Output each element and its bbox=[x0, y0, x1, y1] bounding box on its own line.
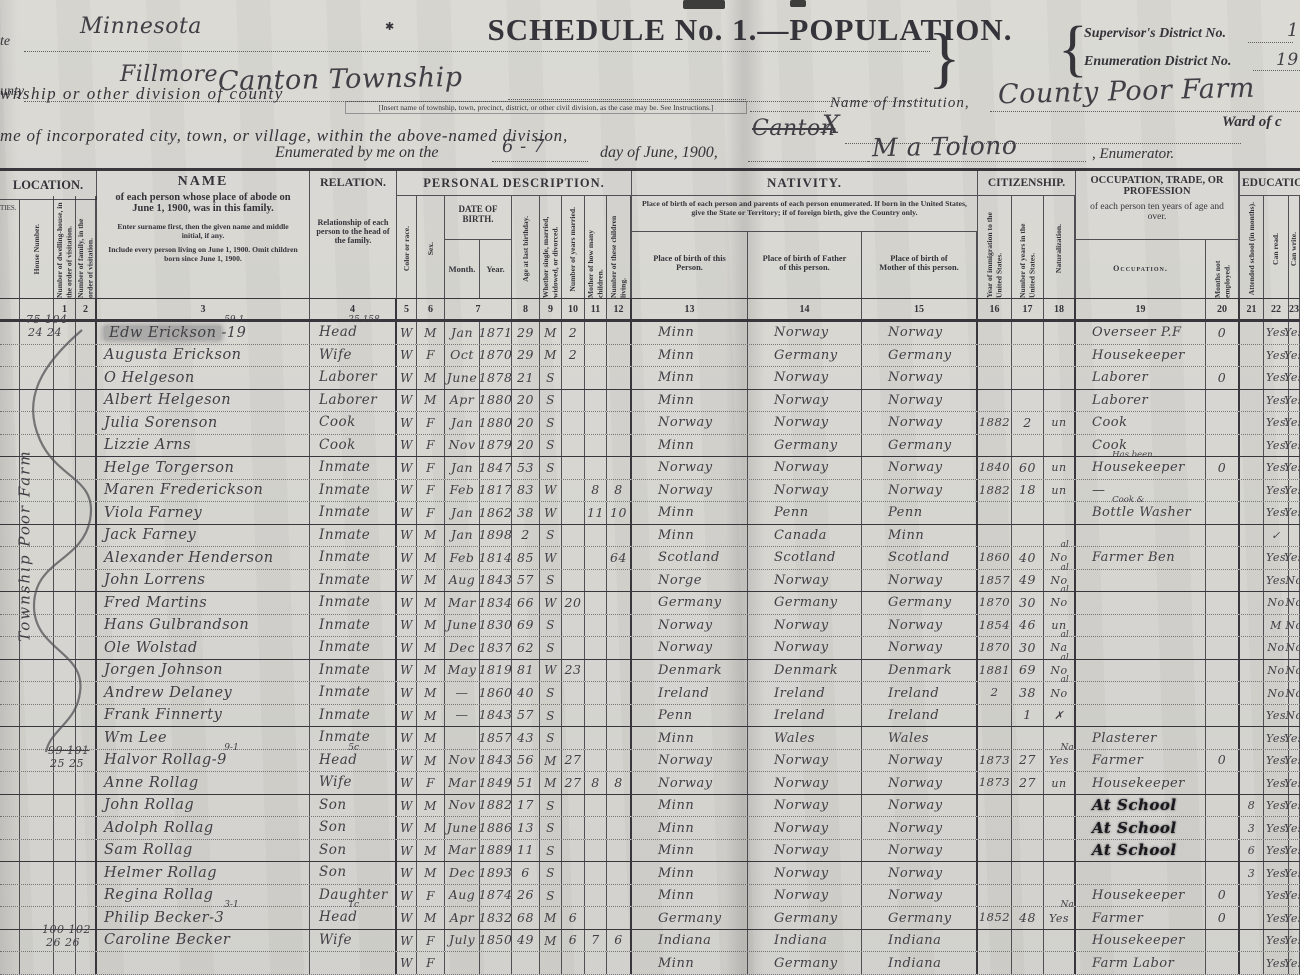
cell-im-row1 bbox=[978, 322, 1012, 344]
cell-st-row27 bbox=[0, 907, 20, 929]
cell-sx-row1: M bbox=[417, 322, 445, 344]
cell-mo-row9: Jan bbox=[445, 502, 480, 524]
cell-fa-row25 bbox=[76, 862, 97, 884]
cell-sx-row9: F bbox=[417, 502, 445, 524]
cell-oc-row26: Housekeeper bbox=[1076, 885, 1206, 907]
cell-yu-row1 bbox=[1012, 322, 1044, 344]
cell-rel-row4: Laborer bbox=[310, 390, 397, 412]
cell-im-row9 bbox=[978, 502, 1012, 524]
cell-oc-row16 bbox=[1076, 660, 1206, 682]
cell-pb-row13: Germany bbox=[632, 592, 748, 614]
cell-sc-row15 bbox=[1240, 637, 1264, 659]
cell-st-row1 bbox=[0, 322, 20, 344]
cell-pm-row4: Norway bbox=[862, 390, 978, 412]
cell-pf-row14: Norway bbox=[748, 615, 862, 637]
cell-mc-row15 bbox=[585, 637, 607, 659]
cell-mn-row9 bbox=[1206, 502, 1240, 524]
cell-ag-row24: 11 bbox=[512, 840, 540, 862]
cell-n-row6: Lizzie Arns bbox=[97, 435, 310, 457]
cell-mo-row10: Jan bbox=[445, 525, 480, 547]
cell-sc-row7 bbox=[1240, 457, 1264, 479]
cell-im-row7: 1840 bbox=[978, 457, 1012, 479]
cell-wr-row4: Yes bbox=[1289, 390, 1300, 412]
cell-fa-row17 bbox=[76, 682, 97, 704]
cell-co-row21: W bbox=[397, 772, 417, 794]
cell-sc-row6 bbox=[1240, 435, 1264, 457]
cell-yu-row27: 48 bbox=[1012, 907, 1044, 929]
cell-sx-row6: F bbox=[417, 435, 445, 457]
cell-yu-row20: 27 bbox=[1012, 750, 1044, 772]
cell-rel-row27: 1cHead bbox=[310, 907, 397, 929]
cell-mo-row12: Aug bbox=[445, 570, 480, 592]
cell-fa-row12 bbox=[76, 570, 97, 592]
cell-mo-row26: Aug bbox=[445, 885, 480, 907]
cell-yr-row15: 1837 bbox=[480, 637, 512, 659]
cell-mn-row3: 0 bbox=[1206, 367, 1240, 389]
cell-mn-row16 bbox=[1206, 660, 1240, 682]
cell-pm-row22: Norway bbox=[862, 795, 978, 817]
supervisor-district-label: Supervisor's District No. bbox=[1084, 26, 1226, 42]
cell-fa-row5 bbox=[76, 412, 97, 434]
cell-co-row24: W bbox=[397, 840, 417, 862]
cell-cl-row7 bbox=[607, 457, 632, 479]
cell-sc-row10 bbox=[1240, 525, 1264, 547]
cell-wr-row17: No bbox=[1289, 682, 1300, 704]
cell-fa-row22 bbox=[76, 795, 97, 817]
cell-co-row14: W bbox=[397, 615, 417, 637]
cell-cl-row29 bbox=[607, 952, 632, 974]
table-row: 9-1Halvor Rollag-95cHeadWMNov184356M27No… bbox=[0, 750, 1300, 773]
cell-co-row28: W bbox=[397, 930, 417, 952]
cell-dw-row4 bbox=[54, 390, 76, 412]
cell-yu-row8: 18 bbox=[1012, 480, 1044, 502]
cell-pf-row19: Wales bbox=[748, 727, 862, 749]
cell-ym-row3 bbox=[562, 367, 585, 389]
dotted-line bbox=[24, 50, 930, 52]
cell-mc-row5 bbox=[585, 412, 607, 434]
cell-pf-row13: Germany bbox=[748, 592, 862, 614]
cell-mo-row2: Oct bbox=[445, 345, 480, 367]
ward-label-fragment: Ward of c bbox=[1222, 114, 1282, 131]
cell-sc-row16 bbox=[1240, 660, 1264, 682]
dob-header: DATE OF BIRTH. bbox=[445, 196, 512, 240]
cell-na-row21: un bbox=[1044, 772, 1076, 794]
cell-sc-row9 bbox=[1240, 502, 1264, 524]
cell-yu-row7: 60 bbox=[1012, 457, 1044, 479]
cell-ag-row2: 29 bbox=[512, 345, 540, 367]
cell-im-row18 bbox=[978, 705, 1012, 727]
cell-pb-row28: Indiana bbox=[632, 930, 748, 952]
cell-co-row3: W bbox=[397, 367, 417, 389]
cell-wr-row12: No bbox=[1289, 570, 1300, 592]
cell-sx-row20: M bbox=[417, 750, 445, 772]
cell-na-row18: ✗ bbox=[1044, 705, 1076, 727]
cell-dw-row17 bbox=[54, 682, 76, 704]
cell-oc-row12 bbox=[1076, 570, 1206, 592]
cell-yu-row17: 38 bbox=[1012, 682, 1044, 704]
cell-ms-row1: M bbox=[540, 322, 562, 344]
cell-fa-row15 bbox=[76, 637, 97, 659]
cell-sc-row24: 6 bbox=[1240, 840, 1264, 862]
column-header-yu: Number of years in the United States. bbox=[1012, 196, 1044, 298]
cell-ag-row17: 40 bbox=[512, 682, 540, 704]
cell-sc-row5 bbox=[1240, 412, 1264, 434]
cell-pm-row25: Norway bbox=[862, 862, 978, 884]
cell-mc-row19 bbox=[585, 727, 607, 749]
cell-mo-row11: Feb bbox=[445, 547, 480, 569]
cell-pm-row24: Norway bbox=[862, 840, 978, 862]
cell-ym-row8 bbox=[562, 480, 585, 502]
cell-ym-row15 bbox=[562, 637, 585, 659]
cell-co-row5: W bbox=[397, 412, 417, 434]
cell-mn-row24 bbox=[1206, 840, 1240, 862]
cell-mc-row7 bbox=[585, 457, 607, 479]
cell-ym-row17 bbox=[562, 682, 585, 704]
table-row: Jorgen JohnsonInmateWMMay181981W23Denmar… bbox=[0, 660, 1300, 683]
cell-ag-row8: 83 bbox=[512, 480, 540, 502]
cell-ms-row21: M bbox=[540, 772, 562, 794]
cell-pb-row10: Minn bbox=[632, 525, 748, 547]
cell-fa-row16 bbox=[76, 660, 97, 682]
margin-vertical-note: Township Poor Farm bbox=[18, 361, 33, 731]
cell-n-row10: Jack Farney bbox=[97, 525, 310, 547]
cell-pb-row3: Minn bbox=[632, 367, 748, 389]
cell-mn-row20: 0 bbox=[1206, 750, 1240, 772]
cell-yu-row2 bbox=[1012, 345, 1044, 367]
cell-pf-row23: Norway bbox=[748, 817, 862, 839]
cell-oc-row25 bbox=[1076, 862, 1206, 884]
table-row: Julia SorensonCookWFJan188020SNorwayNorw… bbox=[0, 412, 1300, 435]
cell-ms-row5: S bbox=[540, 412, 562, 434]
cell-ms-row27: M bbox=[540, 907, 562, 929]
left-brace: { bbox=[1058, 14, 1088, 85]
cell-sx-row12: M bbox=[417, 570, 445, 592]
cell-n-row7: Helge Torgerson bbox=[97, 457, 310, 479]
cell-ag-row23: 13 bbox=[512, 817, 540, 839]
column-number-ms: 9 bbox=[540, 299, 562, 319]
cell-na-row3 bbox=[1044, 367, 1076, 389]
cell-rel-row29 bbox=[310, 952, 397, 974]
cell-ms-row20: M bbox=[540, 750, 562, 772]
column-number-band: 1234567891011121314151617181920212223 bbox=[0, 298, 1300, 322]
cell-rel-row24: Son bbox=[310, 840, 397, 862]
cell-sx-row19: M bbox=[417, 727, 445, 749]
cell-ms-row10: S bbox=[540, 525, 562, 547]
cell-ym-row24 bbox=[562, 840, 585, 862]
cell-mo-row15: Dec bbox=[445, 637, 480, 659]
cell-sx-row11: M bbox=[417, 547, 445, 569]
cell-n-row4: Albert Helgeson bbox=[97, 390, 310, 412]
column-number-ym: 10 bbox=[562, 299, 585, 319]
cell-co-row29: W bbox=[397, 952, 417, 974]
column-number-fa: 2 bbox=[76, 299, 97, 319]
cell-ym-row28: 6 bbox=[562, 930, 585, 952]
cell-pf-row2: Germany bbox=[748, 345, 862, 367]
pob-mother-header: Place of birth of Mother of this person. bbox=[862, 232, 978, 298]
cell-mo-row25: Dec bbox=[445, 862, 480, 884]
township-insert-note: [Insert name of township, town, precinct… bbox=[345, 101, 747, 114]
column-header-ag: Age at last birthday. bbox=[512, 196, 540, 298]
cell-yr-row27: 1832 bbox=[480, 907, 512, 929]
cell-ms-row15: S bbox=[540, 637, 562, 659]
cell-sc-row19 bbox=[1240, 727, 1264, 749]
cell-ym-row23 bbox=[562, 817, 585, 839]
cell-na-row25 bbox=[1044, 862, 1076, 884]
table-row: Fred MartinsInmateWMMar183466W20GermanyG… bbox=[0, 592, 1300, 615]
cell-ag-row7: 53 bbox=[512, 457, 540, 479]
cell-rel-row6: Cook bbox=[310, 435, 397, 457]
cell-mc-row26 bbox=[585, 885, 607, 907]
cell-mn-row25 bbox=[1206, 862, 1240, 884]
cell-ms-row23: S bbox=[540, 817, 562, 839]
year-header: Year. bbox=[480, 240, 512, 298]
cell-mo-row22: Nov bbox=[445, 795, 480, 817]
pob-person-header: Place of birth of this Person. bbox=[632, 232, 748, 298]
cell-ym-row26 bbox=[562, 885, 585, 907]
margin-number-annotation: 24 24 bbox=[28, 327, 62, 338]
cell-rel-row22: Son bbox=[310, 795, 397, 817]
cell-cl-row15 bbox=[607, 637, 632, 659]
column-number-im: 16 bbox=[978, 299, 1012, 319]
cell-rel-row23: Son bbox=[310, 817, 397, 839]
cell-dw-row8 bbox=[54, 480, 76, 502]
cell-fa-row6 bbox=[76, 435, 97, 457]
enumeration-district-label: Enumeration District No. bbox=[1084, 54, 1231, 70]
cell-rel-row21: Wife bbox=[310, 772, 397, 794]
cell-mo-row4: Apr bbox=[445, 390, 480, 412]
cell-cl-row12 bbox=[607, 570, 632, 592]
column-header-mc: Mother of how many children. bbox=[585, 196, 607, 298]
cell-n-row22: John Rollag bbox=[97, 795, 310, 817]
cell-yu-row9 bbox=[1012, 502, 1044, 524]
cell-pm-row10: Minn bbox=[862, 525, 978, 547]
cell-ms-row7: S bbox=[540, 457, 562, 479]
cell-fa-row4 bbox=[76, 390, 97, 412]
enumeration-district-value: 19 bbox=[1276, 52, 1299, 69]
cell-fa-row26 bbox=[76, 885, 97, 907]
cell-n-row5: Julia Sorenson bbox=[97, 412, 310, 434]
cell-pm-row20: Norway bbox=[862, 750, 978, 772]
cell-ym-row10 bbox=[562, 525, 585, 547]
cell-dw-row23 bbox=[54, 817, 76, 839]
table-row: WFMinnGermanyIndianaFarm LaborYesYes bbox=[0, 952, 1300, 975]
cell-na-row5: un bbox=[1044, 412, 1076, 434]
table-row: Jack FarneyInmateWMJan18982SMinnCanadaMi… bbox=[0, 525, 1300, 548]
cell-pm-row3: Norway bbox=[862, 367, 978, 389]
cell-yu-row3 bbox=[1012, 367, 1044, 389]
cell-pf-row8: Norway bbox=[748, 480, 862, 502]
cell-mc-row20 bbox=[585, 750, 607, 772]
cell-wr-row24: Yes bbox=[1289, 840, 1300, 862]
cell-co-row7: W bbox=[397, 457, 417, 479]
cell-rel-row20: 5cHead bbox=[310, 750, 397, 772]
cell-ym-row16: 23 bbox=[562, 660, 585, 682]
cell-sx-row15: M bbox=[417, 637, 445, 659]
cell-mc-row14 bbox=[585, 615, 607, 637]
cell-sx-row14: M bbox=[417, 615, 445, 637]
cell-na-row23 bbox=[1044, 817, 1076, 839]
cell-fa-row29 bbox=[76, 952, 97, 974]
cell-mn-row29 bbox=[1206, 952, 1240, 974]
cell-mn-row4 bbox=[1206, 390, 1240, 412]
date-rest-label: day of June, 1900, bbox=[600, 144, 718, 162]
cell-n-row14: Hans Gulbrandson bbox=[97, 615, 310, 637]
cell-yu-row23 bbox=[1012, 817, 1044, 839]
cell-rel-row15: Inmate bbox=[310, 637, 397, 659]
cell-yr-row2: 1870 bbox=[480, 345, 512, 367]
cell-cl-row26 bbox=[607, 885, 632, 907]
dotted-line bbox=[492, 160, 588, 162]
cell-mo-row24: Mar bbox=[445, 840, 480, 862]
column-number-mc: 11 bbox=[585, 299, 607, 319]
cell-ym-row2: 2 bbox=[562, 345, 585, 367]
cell-wr-row16: No bbox=[1289, 660, 1300, 682]
column-header-dw: Number of dwelling-house, in the order o… bbox=[54, 196, 76, 298]
cell-hn-row22 bbox=[20, 795, 54, 817]
cell-cl-row22 bbox=[607, 795, 632, 817]
cell-im-row11: 1860 bbox=[978, 547, 1012, 569]
cell-ms-row29 bbox=[540, 952, 562, 974]
cell-pm-row2: Germany bbox=[862, 345, 978, 367]
cell-hn-row23 bbox=[20, 817, 54, 839]
cell-st-row21 bbox=[0, 772, 20, 794]
cell-im-row21: 1873 bbox=[978, 772, 1012, 794]
cell-st-row20 bbox=[0, 750, 20, 772]
cell-rel-row2: Wife bbox=[310, 345, 397, 367]
cell-pb-row9: Minn bbox=[632, 502, 748, 524]
cell-rel-row5: Cook bbox=[310, 412, 397, 434]
cell-pf-row21: Norway bbox=[748, 772, 862, 794]
cell-pb-row12: Norge bbox=[632, 570, 748, 592]
cell-ym-row18 bbox=[562, 705, 585, 727]
cell-im-row19 bbox=[978, 727, 1012, 749]
cell-pf-row18: Ireland bbox=[748, 705, 862, 727]
cell-fa-row24 bbox=[76, 840, 97, 862]
cell-dw-row13 bbox=[54, 592, 76, 614]
cell-mc-row2 bbox=[585, 345, 607, 367]
cell-mn-row7: 0 bbox=[1206, 457, 1240, 479]
cell-n-row28: Caroline Becker bbox=[97, 930, 310, 952]
cell-pf-row15: Norway bbox=[748, 637, 862, 659]
cell-mc-row8: 8 bbox=[585, 480, 607, 502]
cell-pf-row22: Norway bbox=[748, 795, 862, 817]
cell-mn-row8 bbox=[1206, 480, 1240, 502]
cell-st-row22 bbox=[0, 795, 20, 817]
occupation-sub: of each person ten years of age and over… bbox=[1084, 202, 1230, 222]
table-row: Albert HelgesonLaborerWMApr188020SMinnNo… bbox=[0, 390, 1300, 413]
cell-sc-row11 bbox=[1240, 547, 1264, 569]
cell-wr-row13: No bbox=[1289, 592, 1300, 614]
column-header-hn: House Number. bbox=[20, 196, 54, 298]
cell-im-row24 bbox=[978, 840, 1012, 862]
cell-ms-row6: S bbox=[540, 435, 562, 457]
cell-cl-row9: 10 bbox=[607, 502, 632, 524]
cell-pm-row14: Norway bbox=[862, 615, 978, 637]
cell-mo-row20: Nov bbox=[445, 750, 480, 772]
cell-yu-row15: 30 bbox=[1012, 637, 1044, 659]
cell-cl-row13 bbox=[607, 592, 632, 614]
cell-mo-row1: Jan bbox=[445, 322, 480, 344]
cell-cl-row8: 8 bbox=[607, 480, 632, 502]
cell-cl-row24 bbox=[607, 840, 632, 862]
column-number-cl: 12 bbox=[607, 299, 632, 319]
cell-co-row17: W bbox=[397, 682, 417, 704]
cell-ym-row29 bbox=[562, 952, 585, 974]
column-number-na: 18 bbox=[1044, 299, 1076, 319]
dotted-line bbox=[1248, 41, 1293, 43]
cell-wr-row18: No bbox=[1289, 705, 1300, 727]
table-row: Sam RollagSonWMMar188911SMinnNorwayNorwa… bbox=[0, 840, 1300, 863]
cell-sc-row20 bbox=[1240, 750, 1264, 772]
cell-rel-row3: Laborer bbox=[310, 367, 397, 389]
cell-pb-row2: Minn bbox=[632, 345, 748, 367]
cell-cl-row10 bbox=[607, 525, 632, 547]
cell-oc-row10 bbox=[1076, 525, 1206, 547]
supervisor-district-value: 1 bbox=[1287, 22, 1299, 40]
cell-na-row28 bbox=[1044, 930, 1076, 952]
cell-pm-row21: Norway bbox=[862, 772, 978, 794]
cell-pb-row29: Minn bbox=[632, 952, 748, 974]
cell-im-row8: 1882 bbox=[978, 480, 1012, 502]
cell-co-row8: W bbox=[397, 480, 417, 502]
cell-na-row4 bbox=[1044, 390, 1076, 412]
cell-im-row3 bbox=[978, 367, 1012, 389]
cell-mn-row26: 0 bbox=[1206, 885, 1240, 907]
institution-value: County Poor Farm bbox=[998, 75, 1256, 109]
nativity-note: Place of birth of each person and parent… bbox=[632, 196, 978, 232]
occupation-col-header: Occupation. bbox=[1076, 240, 1206, 298]
cell-ms-row2: M bbox=[540, 345, 562, 367]
cell-im-row2 bbox=[978, 345, 1012, 367]
cell-yr-row22: 1882 bbox=[480, 795, 512, 817]
cell-co-row2: W bbox=[397, 345, 417, 367]
cell-oc-row13 bbox=[1076, 592, 1206, 614]
cell-hn-row26 bbox=[20, 885, 54, 907]
cell-st-row23 bbox=[0, 817, 20, 839]
cell-sx-row4: M bbox=[417, 390, 445, 412]
cell-co-row11: W bbox=[397, 547, 417, 569]
cell-mo-row13: Mar bbox=[445, 592, 480, 614]
cell-cl-row21: 8 bbox=[607, 772, 632, 794]
scan-mark bbox=[790, 0, 806, 7]
column-number-pb: 13 bbox=[632, 299, 748, 319]
cell-st-row25 bbox=[0, 862, 20, 884]
cell-yu-row18: 1 bbox=[1012, 705, 1044, 727]
cell-yr-row1: 1871 bbox=[480, 322, 512, 344]
column-header-rd: Can read. bbox=[1264, 196, 1289, 298]
cell-sc-row1 bbox=[1240, 322, 1264, 344]
cell-co-row22: W bbox=[397, 795, 417, 817]
dotted-line bbox=[748, 160, 868, 162]
enumerated-by-label: Enumerated by me on the bbox=[275, 144, 439, 162]
cell-co-row4: W bbox=[397, 390, 417, 412]
column-header-co: Color or race. bbox=[397, 196, 417, 298]
cell-sc-row12 bbox=[1240, 570, 1264, 592]
cell-n-row9: Viola Farney bbox=[97, 502, 310, 524]
dotted-line bbox=[750, 110, 826, 112]
cell-oc-row28: Housekeeper bbox=[1076, 930, 1206, 952]
section-personal-description: PERSONAL DESCRIPTION. bbox=[397, 170, 632, 196]
cell-sc-row22: 8 bbox=[1240, 795, 1264, 817]
cell-dw-row14 bbox=[54, 615, 76, 637]
column-number-wr: 23 bbox=[1289, 299, 1300, 319]
cell-mn-row22 bbox=[1206, 795, 1240, 817]
cell-co-row9: W bbox=[397, 502, 417, 524]
cell-cl-row6 bbox=[607, 435, 632, 457]
cell-dw-row25 bbox=[54, 862, 76, 884]
section-occupation: OCCUPATION, TRADE, OR PROFESSION of each… bbox=[1076, 170, 1240, 240]
cell-fa-row1 bbox=[76, 322, 97, 344]
